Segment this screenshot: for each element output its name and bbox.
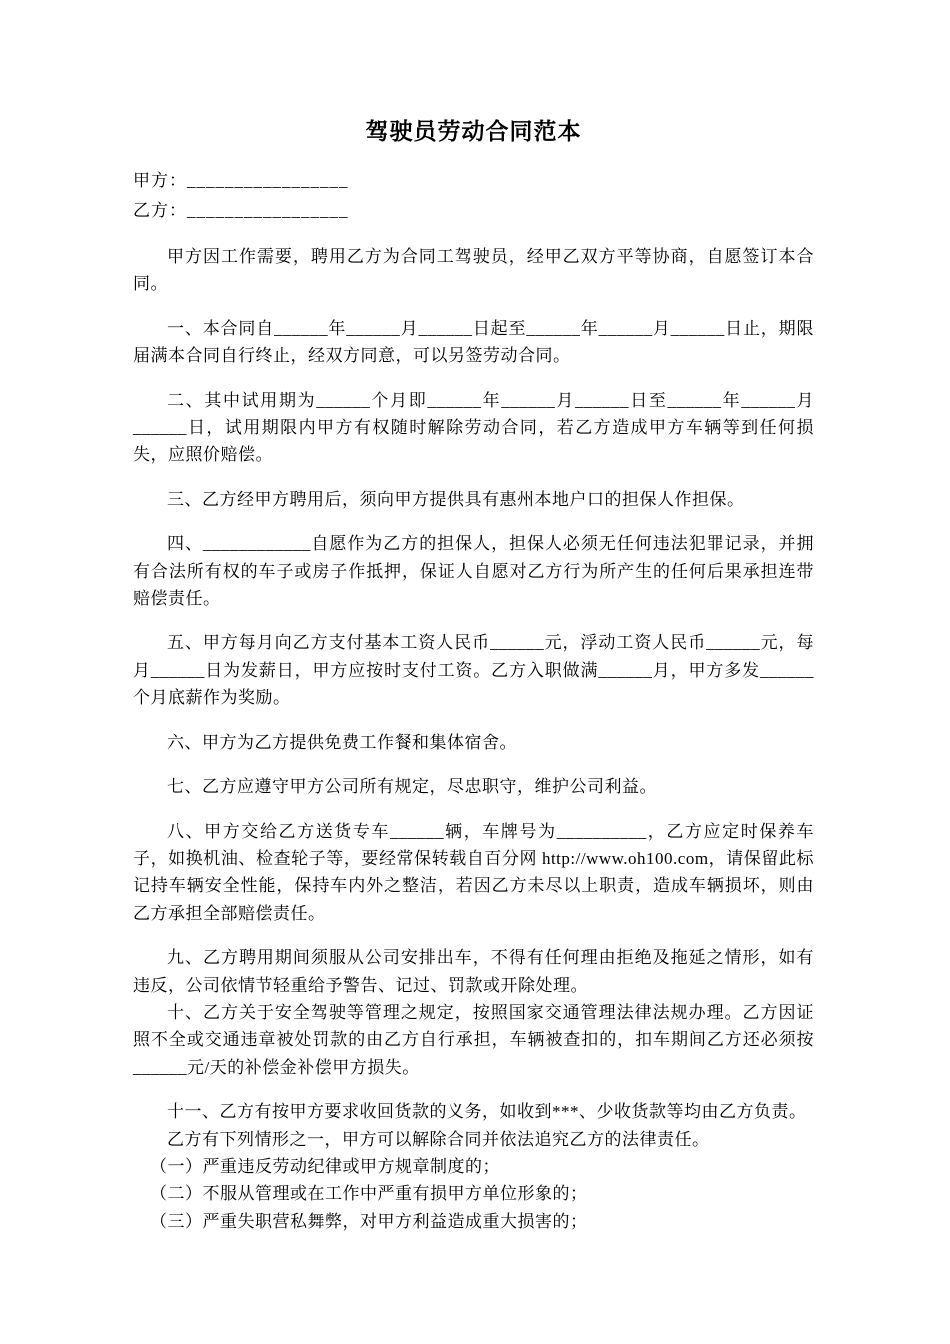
clause-10: 十、乙方关于安全驾驶等管理之规定，按照国家交通管理法律法规办理。乙方因证照不全或…: [133, 999, 814, 1081]
intro-paragraph: 甲方因工作需要，聘用乙方为合同工驾驶员，经甲乙双方平等协商，自愿签订本合同。: [133, 243, 814, 298]
party-b-line: 乙方：_________________: [133, 196, 814, 226]
clause-9: 九、乙方聘用期间须服从公司安排出车，不得有任何理由拒绝及拖延之情形，如有违反，公…: [133, 944, 814, 999]
party-a-line: 甲方：_________________: [133, 166, 814, 196]
clause-5: 五、甲方每月向乙方支付基本工资人民币______元，浮动工资人民币______元…: [133, 629, 814, 711]
clause-11: 十一、乙方有按甲方要求收回货款的义务，如收到***、少收货款等均由乙方负责。: [133, 1098, 814, 1125]
party-b-label: 乙方：: [133, 201, 187, 220]
clause-1: 一、本合同自______年______月______日起至______年____…: [133, 315, 814, 370]
clause-3: 三、乙方经甲方聘用后，须向甲方提供具有惠州本地户口的担保人作担保。: [133, 486, 814, 513]
party-a-blank: _________________: [187, 171, 349, 190]
clause-7: 七、乙方应遵守甲方公司所有规定，尽忠职守，维护公司利益。: [133, 773, 814, 800]
clause-6: 六、甲方为乙方提供免费工作餐和集体宿舍。: [133, 729, 814, 756]
party-a-label: 甲方：: [133, 171, 187, 190]
clause-4: 四、____________自愿作为乙方的担保人，担保人必须无任何违法犯罪记录，…: [133, 530, 814, 612]
termination-item-1: （一）严重违反劳动纪律或甲方规章制度的；: [133, 1153, 814, 1180]
document-title: 驾驶员劳动合同范本: [133, 116, 814, 148]
termination-item-2: （二）不服从管理或在工作中严重有损甲方单位形象的；: [133, 1180, 814, 1207]
party-b-blank: _________________: [187, 201, 349, 220]
contract-page: 驾驶员劳动合同范本 甲方：_________________ 乙方：______…: [0, 0, 950, 1344]
termination-item-3: （三）严重失职营私舞弊，对甲方利益造成重大损害的；: [133, 1208, 814, 1235]
clause-8: 八、甲方交给乙方送货专车______辆，车牌号为__________，乙方应定时…: [133, 818, 814, 928]
termination-intro: 乙方有下列情形之一，甲方可以解除合同并依法追究乙方的法律责任。: [133, 1126, 814, 1153]
clause-2: 二、其中试用期为______个月即______年______月______日至_…: [133, 387, 814, 469]
